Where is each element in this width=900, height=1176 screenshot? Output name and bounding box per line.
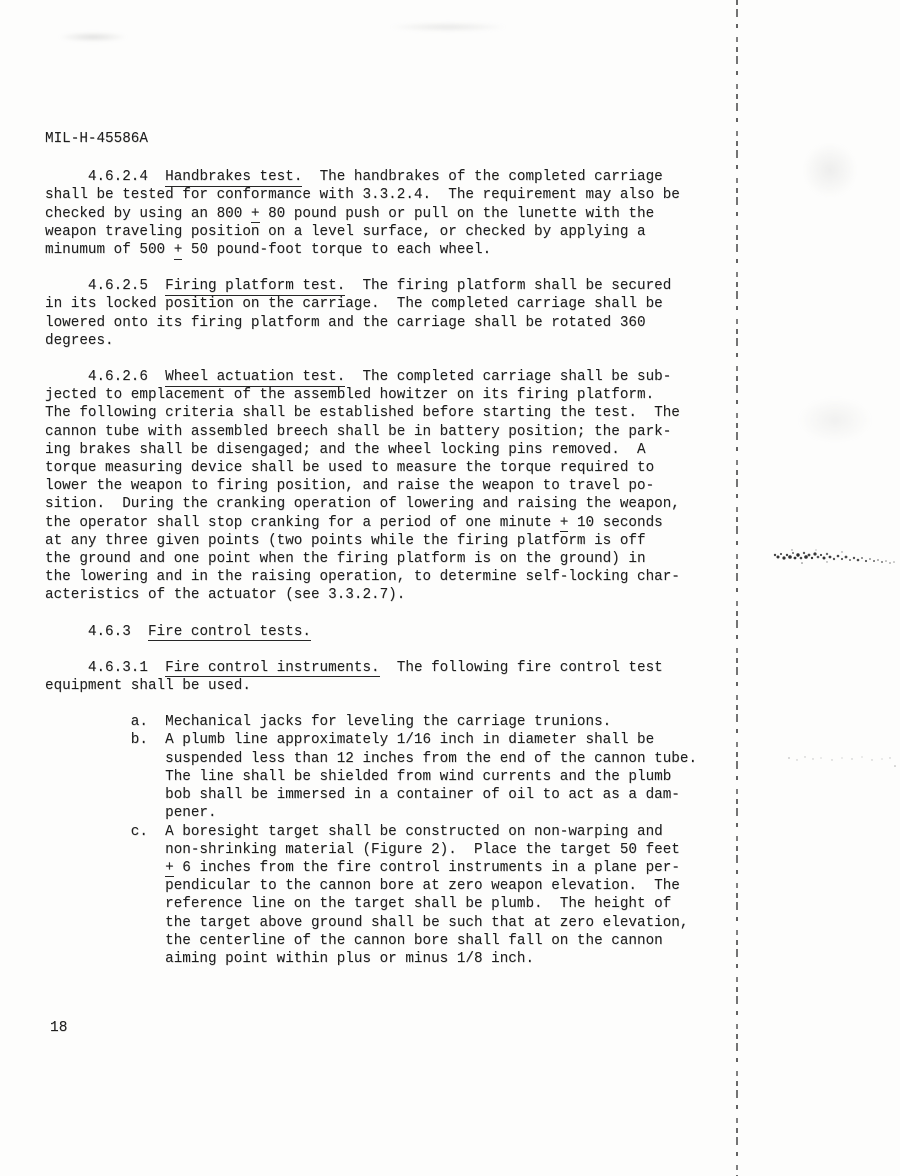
text-segment: 4.6.2.4 bbox=[45, 169, 165, 185]
page-number: 18 bbox=[50, 1020, 67, 1036]
text-segment: shall be tested for conformance with 3.3… bbox=[45, 187, 680, 203]
faint-speck-trail bbox=[787, 750, 899, 770]
text-segment: the centerline of the cannon bore shall … bbox=[45, 933, 663, 949]
text-line: aiming point within plus or minus 1/8 in… bbox=[45, 950, 697, 968]
text-segment: 4.6.2.5 bbox=[45, 278, 165, 294]
text-line: the centerline of the cannon bore shall … bbox=[45, 932, 697, 950]
text-segment: the ground and one point when the firing… bbox=[45, 551, 646, 567]
text-segment: 6 inches from the fire control instrumen… bbox=[174, 860, 680, 876]
document-text: MIL-H-45586A 4.6.2.4 Handbrakes test. Th… bbox=[45, 130, 697, 968]
text-line: 4.6.2.5 Firing platform test. The firing… bbox=[45, 277, 697, 295]
section-4-6-3: 4.6.3 Fire control tests. bbox=[45, 623, 697, 641]
text-line: cannon tube with assembled breech shall … bbox=[45, 423, 697, 441]
underlined-text: + bbox=[174, 242, 183, 260]
text-line: checked by using an 800 + 80 pound push … bbox=[45, 205, 697, 223]
text-line: 4.6.2.6 Wheel actuation test. The comple… bbox=[45, 368, 697, 386]
text-line: the target above ground shall be such th… bbox=[45, 914, 697, 932]
text-line: 4.6.3.1 Fire control instruments. The fo… bbox=[45, 659, 697, 677]
text-line: the operator shall stop cranking for a p… bbox=[45, 514, 697, 532]
text-line: torque measuring device shall be used to… bbox=[45, 459, 697, 477]
text-segment: reference line on the target shall be pl… bbox=[45, 896, 671, 912]
text-segment: torque measuring device shall be used to… bbox=[45, 460, 654, 476]
paragraphs-container: 4.6.2.4 Handbrakes test. The handbrakes … bbox=[45, 168, 697, 968]
text-segment: equipment shall be used. bbox=[45, 678, 251, 694]
text-segment: 80 pound push or pull on the lunette wit… bbox=[260, 206, 655, 222]
section-4-6-2-4: 4.6.2.4 Handbrakes test. The handbrakes … bbox=[45, 168, 697, 259]
text-line: acteristics of the actuator (see 3.3.2.7… bbox=[45, 586, 697, 604]
dashed-fold-line bbox=[736, 0, 738, 1176]
text-segment: The handbrakes of the completed carriage bbox=[302, 169, 662, 185]
equipment-list: a. Mechanical jacks for leveling the car… bbox=[45, 713, 697, 968]
text-line: the lowering and in the raising operatio… bbox=[45, 568, 697, 586]
text-segment: 4.6.3 bbox=[45, 624, 148, 640]
text-segment: pendicular to the cannon bore at zero we… bbox=[45, 878, 680, 894]
text-line: bob shall be immersed in a container of … bbox=[45, 786, 697, 804]
text-line: shall be tested for conformance with 3.3… bbox=[45, 186, 697, 204]
text-segment: c. A boresight target shall be construct… bbox=[45, 824, 663, 840]
text-segment: a. Mechanical jacks for leveling the car… bbox=[45, 714, 611, 730]
scan-artifact bbox=[388, 22, 508, 32]
text-line: The line shall be shielded from wind cur… bbox=[45, 768, 697, 786]
text-segment: The completed carriage shall be sub- bbox=[345, 369, 671, 385]
text-line: suspended less than 12 inches from the e… bbox=[45, 750, 697, 768]
text-segment: pener. bbox=[45, 805, 217, 821]
underlined-text: Fire control instruments. bbox=[165, 660, 380, 678]
text-segment: The firing platform shall be secured bbox=[345, 278, 671, 294]
text-line: c. A boresight target shall be construct… bbox=[45, 823, 697, 841]
text-segment: acteristics of the actuator (see 3.3.2.7… bbox=[45, 587, 405, 603]
text-line: weapon traveling position on a level sur… bbox=[45, 223, 697, 241]
text-segment bbox=[45, 860, 165, 876]
document-page: MIL-H-45586A 4.6.2.4 Handbrakes test. Th… bbox=[0, 0, 900, 1176]
text-segment: in its locked position on the carriage. … bbox=[45, 296, 663, 312]
text-segment: cannon tube with assembled breech shall … bbox=[45, 424, 671, 440]
text-line: the ground and one point when the firing… bbox=[45, 550, 697, 568]
text-line: reference line on the target shall be pl… bbox=[45, 895, 697, 913]
text-segment: non-shrinking material (Figure 2). Place… bbox=[45, 842, 680, 858]
document-number: MIL-H-45586A bbox=[45, 130, 697, 148]
text-line: pendicular to the cannon bore at zero we… bbox=[45, 877, 697, 895]
underlined-text: Fire control tests. bbox=[148, 624, 311, 642]
section-4-6-2-6: 4.6.2.6 Wheel actuation test. The comple… bbox=[45, 368, 697, 605]
text-segment: degrees. bbox=[45, 333, 114, 349]
text-line: in its locked position on the carriage. … bbox=[45, 295, 697, 313]
text-line: lower the weapon to firing position, and… bbox=[45, 477, 697, 495]
text-segment: the operator shall stop cranking for a p… bbox=[45, 515, 560, 531]
text-line: pener. bbox=[45, 804, 697, 822]
text-line: minumum of 500 + 50 pound-foot torque to… bbox=[45, 241, 697, 259]
text-line: lowered onto its firing platform and the… bbox=[45, 314, 697, 332]
text-segment: The line shall be shielded from wind cur… bbox=[45, 769, 671, 785]
text-segment: sition. During the cranking operation of… bbox=[45, 496, 680, 512]
text-line: + 6 inches from the fire control instrum… bbox=[45, 859, 697, 877]
text-segment: bob shall be immersed in a container of … bbox=[45, 787, 680, 803]
text-segment: suspended less than 12 inches from the e… bbox=[45, 751, 697, 767]
text-segment: weapon traveling position on a level sur… bbox=[45, 224, 646, 240]
text-segment: the lowering and in the raising operatio… bbox=[45, 569, 680, 585]
text-line: a. Mechanical jacks for leveling the car… bbox=[45, 713, 697, 731]
underlined-text: + bbox=[165, 860, 174, 878]
text-line: 4.6.3 Fire control tests. bbox=[45, 623, 697, 641]
text-segment: minumum of 500 bbox=[45, 242, 174, 258]
text-line: The following criteria shall be establis… bbox=[45, 404, 697, 422]
text-segment: 50 pound-foot torque to each wheel. bbox=[182, 242, 491, 258]
section-4-6-3-1: 4.6.3.1 Fire control instruments. The fo… bbox=[45, 659, 697, 695]
text-line: jected to emplacement of the assembled h… bbox=[45, 386, 697, 404]
text-segment: checked by using an 800 bbox=[45, 206, 251, 222]
underlined-text: Handbrakes test. bbox=[165, 169, 302, 187]
text-segment: b. A plumb line approximately 1/16 inch … bbox=[45, 732, 654, 748]
section-4-6-2-5: 4.6.2.5 Firing platform test. The firing… bbox=[45, 277, 697, 350]
text-line: b. A plumb line approximately 1/16 inch … bbox=[45, 731, 697, 749]
ink-smudge bbox=[772, 543, 897, 573]
text-segment: 4.6.2.6 bbox=[45, 369, 165, 385]
text-line: equipment shall be used. bbox=[45, 677, 697, 695]
underlined-text: + bbox=[251, 206, 260, 224]
scan-artifact bbox=[58, 32, 128, 42]
text-line: non-shrinking material (Figure 2). Place… bbox=[45, 841, 697, 859]
text-line: sition. During the cranking operation of… bbox=[45, 495, 697, 513]
text-segment: 4.6.3.1 bbox=[45, 660, 165, 676]
text-line: ing brakes shall be disengaged; and the … bbox=[45, 441, 697, 459]
text-segment: the target above ground shall be such th… bbox=[45, 915, 688, 931]
text-line: at any three given points (two points wh… bbox=[45, 532, 697, 550]
scan-artifact bbox=[800, 140, 860, 200]
scan-artifact bbox=[795, 395, 875, 445]
text-segment: lower the weapon to firing position, and… bbox=[45, 478, 654, 494]
text-segment: The following fire control test bbox=[380, 660, 663, 676]
text-segment: jected to emplacement of the assembled h… bbox=[45, 387, 654, 403]
text-segment: lowered onto its firing platform and the… bbox=[45, 315, 646, 331]
text-segment: The following criteria shall be establis… bbox=[45, 405, 680, 421]
underlined-text: Wheel actuation test. bbox=[165, 369, 345, 387]
underlined-text: Firing platform test. bbox=[165, 278, 345, 296]
text-segment: 10 seconds bbox=[568, 515, 662, 531]
text-line: 4.6.2.4 Handbrakes test. The handbrakes … bbox=[45, 168, 697, 186]
text-segment: aiming point within plus or minus 1/8 in… bbox=[45, 951, 534, 967]
text-segment: at any three given points (two points wh… bbox=[45, 533, 646, 549]
text-line: degrees. bbox=[45, 332, 697, 350]
text-segment: ing brakes shall be disengaged; and the … bbox=[45, 442, 646, 458]
